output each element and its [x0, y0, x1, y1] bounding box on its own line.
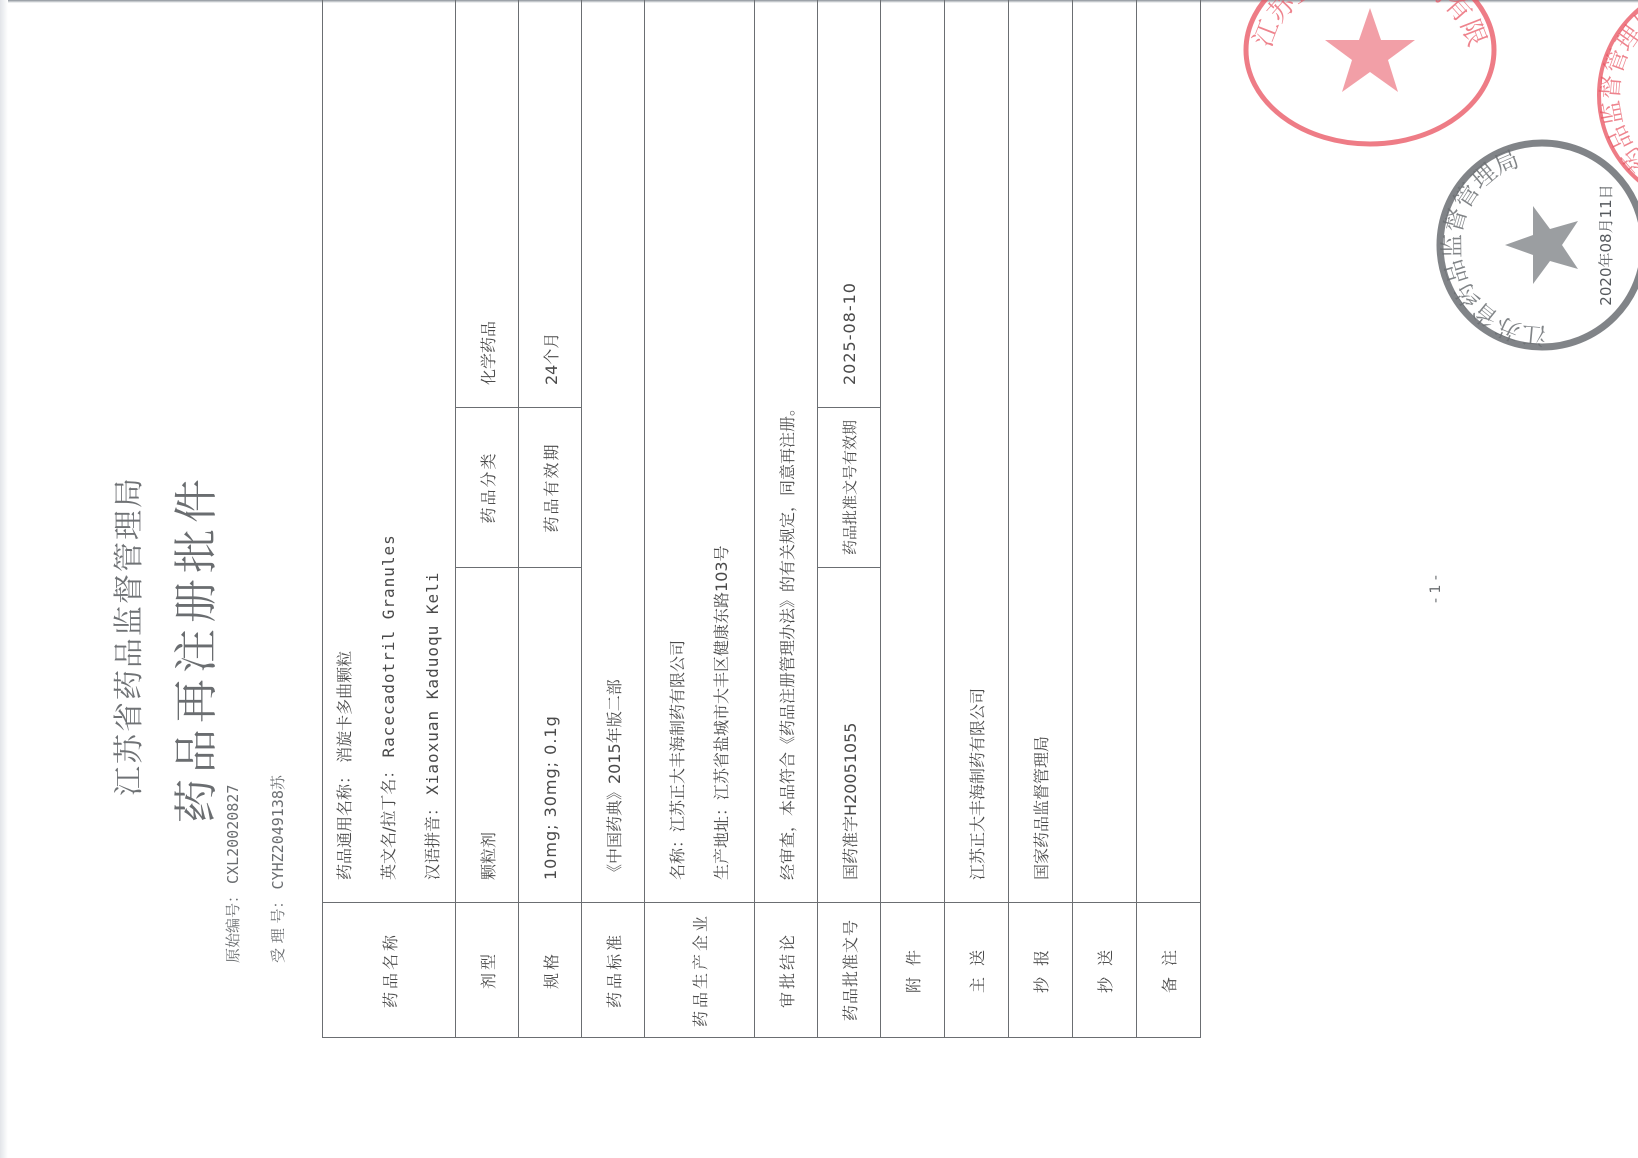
label-specification: 规格: [519, 903, 582, 1038]
label-drug-class: 药品分类: [456, 408, 519, 568]
company-seal-stamp: 江苏正大丰海制药有限公司: [1240, 0, 1500, 150]
row-attachment: 附 件: [881, 0, 945, 1038]
label-copy-to: 抄 送: [1073, 903, 1137, 1038]
label-drug-standard: 药品标准: [582, 903, 645, 1038]
manufacturer-name: 名称：江苏正大丰海制药有限公司: [656, 0, 700, 880]
label-approval-validity: 药品批准文号有效期: [818, 408, 881, 568]
row-specification: 规格 10mg; 30mg; 0.1g 药品有效期 24个月: [519, 0, 582, 1038]
company-seal-icon: 江苏正大丰海制药有限公司: [1240, 0, 1500, 150]
svg-text:2020年08月11日: 2020年08月11日: [1597, 184, 1615, 305]
bureau-seal-stamp: 江苏省药品监督管理局 2020年08月11日: [1435, 142, 1638, 352]
remarks-value: [1137, 0, 1201, 903]
page-number: - 1 -: [1428, 575, 1444, 603]
label-main-recipient: 主 送: [945, 903, 1009, 1038]
main-recipient-value: 江苏正大丰海制药有限公司: [945, 0, 1009, 903]
document-page: 江苏省药品监督管理局 药品再注册批件 原始编号：CXL20020827 受 理 …: [0, 0, 1638, 1158]
issuing-agency: 江苏省药品监督管理局: [104, 476, 148, 796]
row-report-to: 抄 报 国家药品监督管理局: [1009, 0, 1073, 1038]
shelf-life-value: 24个月: [519, 0, 582, 408]
bureau-seal-icon: 江苏省药品监督管理局 2020年08月11日: [1435, 138, 1638, 352]
drug-class-value: 化学药品: [456, 0, 519, 408]
label-report-to: 抄 报: [1009, 903, 1073, 1038]
specification-value: 10mg; 30mg; 0.1g: [519, 568, 582, 903]
row-standard: 药品标准 《中国药典》2015年版二部: [582, 0, 645, 1038]
approval-number-value: 国药准字H20051055: [818, 568, 881, 903]
report-to-value: 国家药品监督管理局: [1009, 0, 1073, 903]
document-title: 药品再注册批件: [160, 473, 224, 823]
original-number: 原始编号：CXL20020827: [222, 785, 243, 963]
label-drug-name: 药品名称: [323, 903, 456, 1038]
manufacturer-values: 名称：江苏正大丰海制药有限公司 生产地址：江苏省盐城市大丰区健康东路103号: [645, 0, 755, 903]
row-conclusion: 审批结论 经审查，本品符合《药品注册管理办法》的有关规定，同意再注册。: [755, 0, 818, 1038]
row-manufacturer: 药品生产企业 名称：江苏正大丰海制药有限公司 生产地址：江苏省盐城市大丰区健康东…: [645, 0, 755, 1038]
acceptance-number: 受 理 号：CYHZ2049138苏: [267, 775, 288, 963]
label-remarks: 备 注: [1137, 903, 1201, 1038]
label-conclusion: 审批结论: [755, 903, 818, 1038]
approval-validity-value: 2025-08-10: [818, 0, 881, 408]
attachment-value: [881, 0, 945, 903]
drug-standard-value: 《中国药典》2015年版二部: [582, 0, 645, 903]
generic-name: 药品通用名称： 消旋卡多曲颗粒: [323, 0, 367, 880]
row-remarks: 备 注: [1137, 0, 1201, 1038]
row-approval-number: 药品批准文号 国药准字H20051055 药品批准文号有效期 2025-08-1…: [818, 0, 881, 1038]
row-main-recipient: 主 送 江苏正大丰海制药有限公司: [945, 0, 1009, 1038]
dosage-form-value: 颗粒剂: [456, 568, 519, 903]
label-manufacturer: 药品生产企业: [645, 903, 755, 1038]
label-dosage-form: 剂型: [456, 903, 519, 1038]
label-approval-number: 药品批准文号: [818, 903, 881, 1038]
row-copy-to: 抄 送: [1073, 0, 1137, 1038]
conclusion-value: 经审查，本品符合《药品注册管理办法》的有关规定，同意再注册。: [755, 0, 818, 903]
row-dosage-form: 剂型 颗粒剂 药品分类 化学药品: [456, 0, 519, 1038]
english-name: 英文名/拉丁名： Racecadotril Granules: [367, 0, 411, 880]
copy-to-value: [1073, 0, 1137, 903]
row-drug-name: 药品名称 药品通用名称： 消旋卡多曲颗粒 英文名/拉丁名： Racecadotr…: [323, 0, 456, 1038]
label-shelf-life: 药品有效期: [519, 408, 582, 568]
label-attachment: 附 件: [881, 903, 945, 1038]
pinyin-name: 汉语拼音： Xiaoxuan Kaduoqu Keli: [411, 0, 455, 880]
manufacturer-address: 生产地址：江苏省盐城市大丰区健康东路103号: [700, 0, 744, 880]
drug-name-values: 药品通用名称： 消旋卡多曲颗粒 英文名/拉丁名： Racecadotril Gr…: [323, 0, 456, 903]
registration-table: 药品名称 药品通用名称： 消旋卡多曲颗粒 英文名/拉丁名： Racecadotr…: [322, 0, 1201, 1038]
